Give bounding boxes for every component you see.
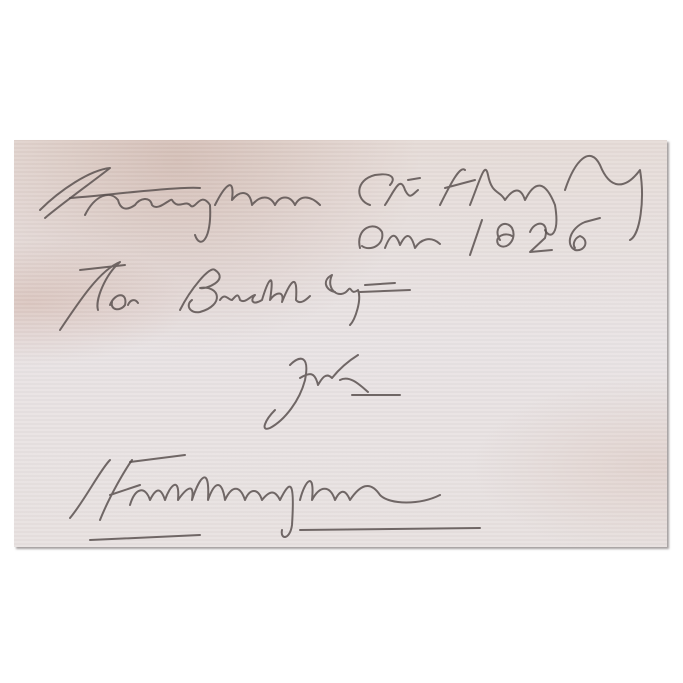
line-place-date (40, 156, 642, 242)
line-addressee (60, 262, 410, 330)
line-destination (265, 355, 400, 429)
line-signature (70, 455, 480, 540)
handwriting (0, 0, 683, 683)
line-date-cont (359, 218, 600, 255)
